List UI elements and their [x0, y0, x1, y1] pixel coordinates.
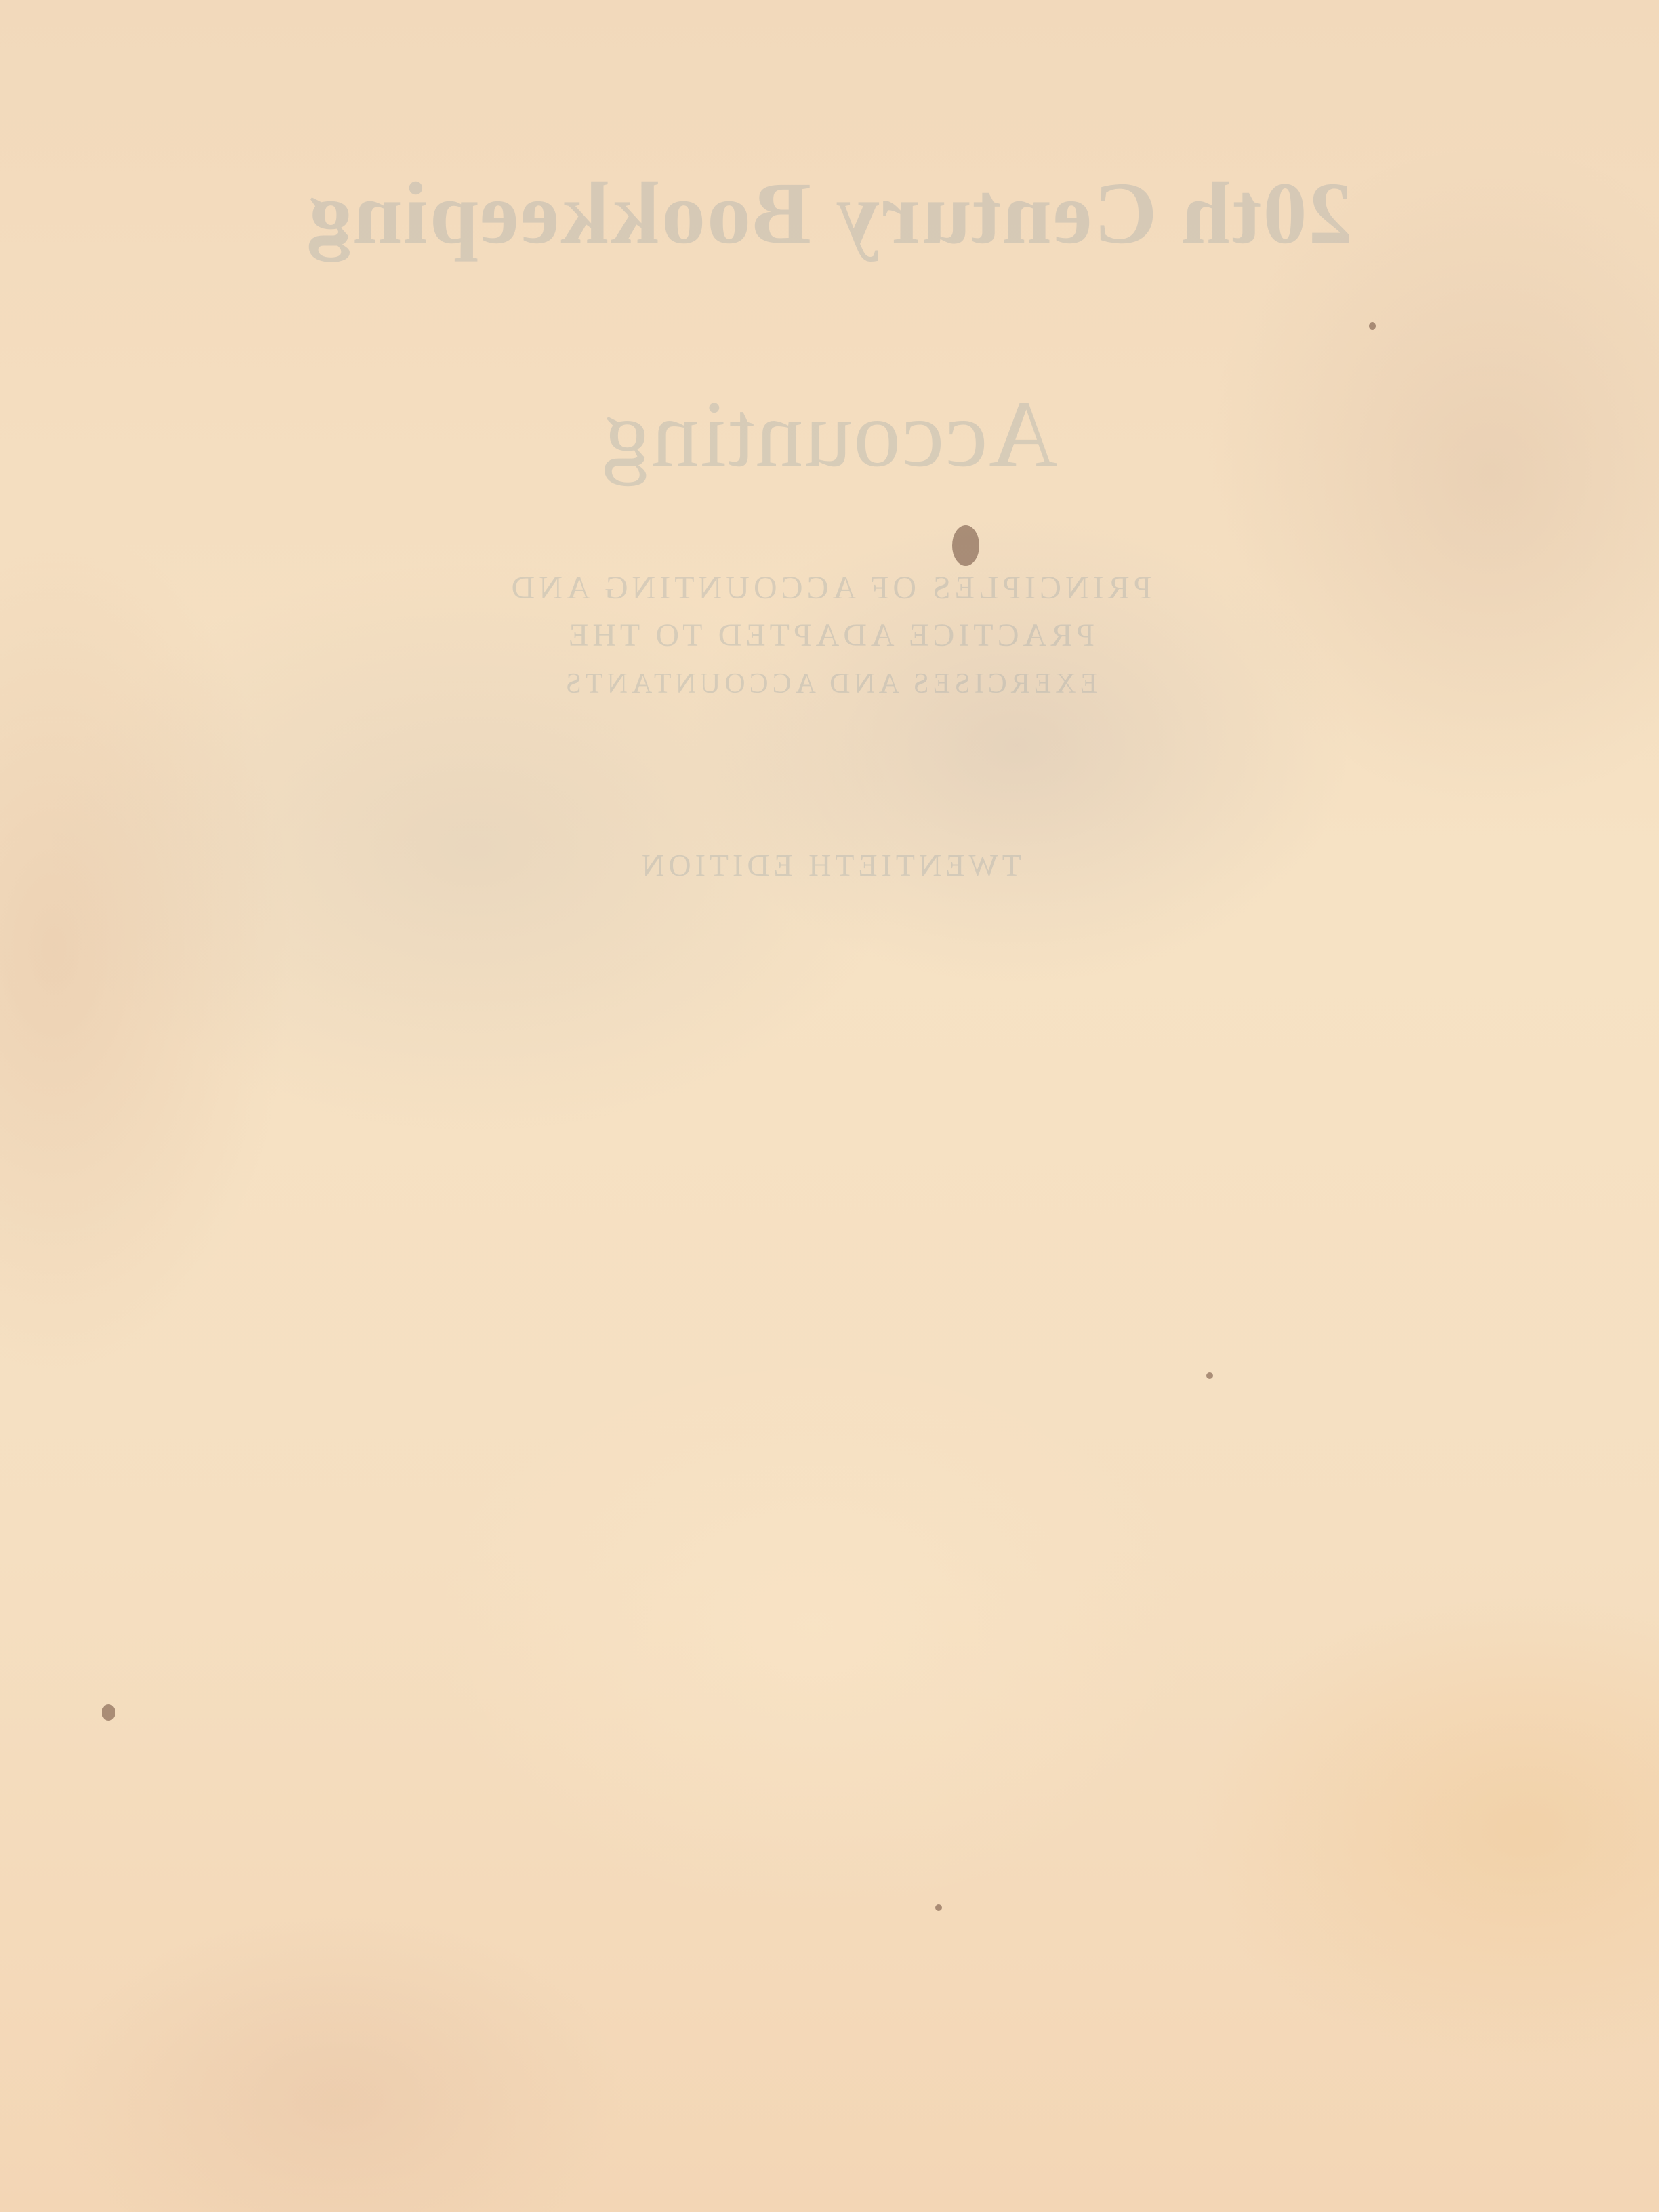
- stain-spot: [1206, 1372, 1213, 1379]
- stain-spot: [102, 1704, 115, 1721]
- stain-spot: [935, 1904, 942, 1911]
- bleed-line-2: PRACTICE ADAPTED TO THE: [0, 617, 1659, 654]
- stain-spot: [952, 525, 979, 566]
- stain-spot: [1369, 322, 1376, 330]
- bleed-edition: TWENTIETH EDITION: [0, 847, 1659, 883]
- bleed-title: 20th Century Bookkeeping: [0, 163, 1659, 264]
- bleed-line-1: PRINCIPLES OF ACCOUNTING AND: [0, 569, 1659, 607]
- bleed-line-3: EXERCISES AND ACCOUNTANTS: [0, 668, 1659, 700]
- bleed-subtitle: Accounting: [0, 380, 1659, 489]
- aged-paper-page: 20th Century Bookkeeping Accounting PRIN…: [0, 0, 1659, 2212]
